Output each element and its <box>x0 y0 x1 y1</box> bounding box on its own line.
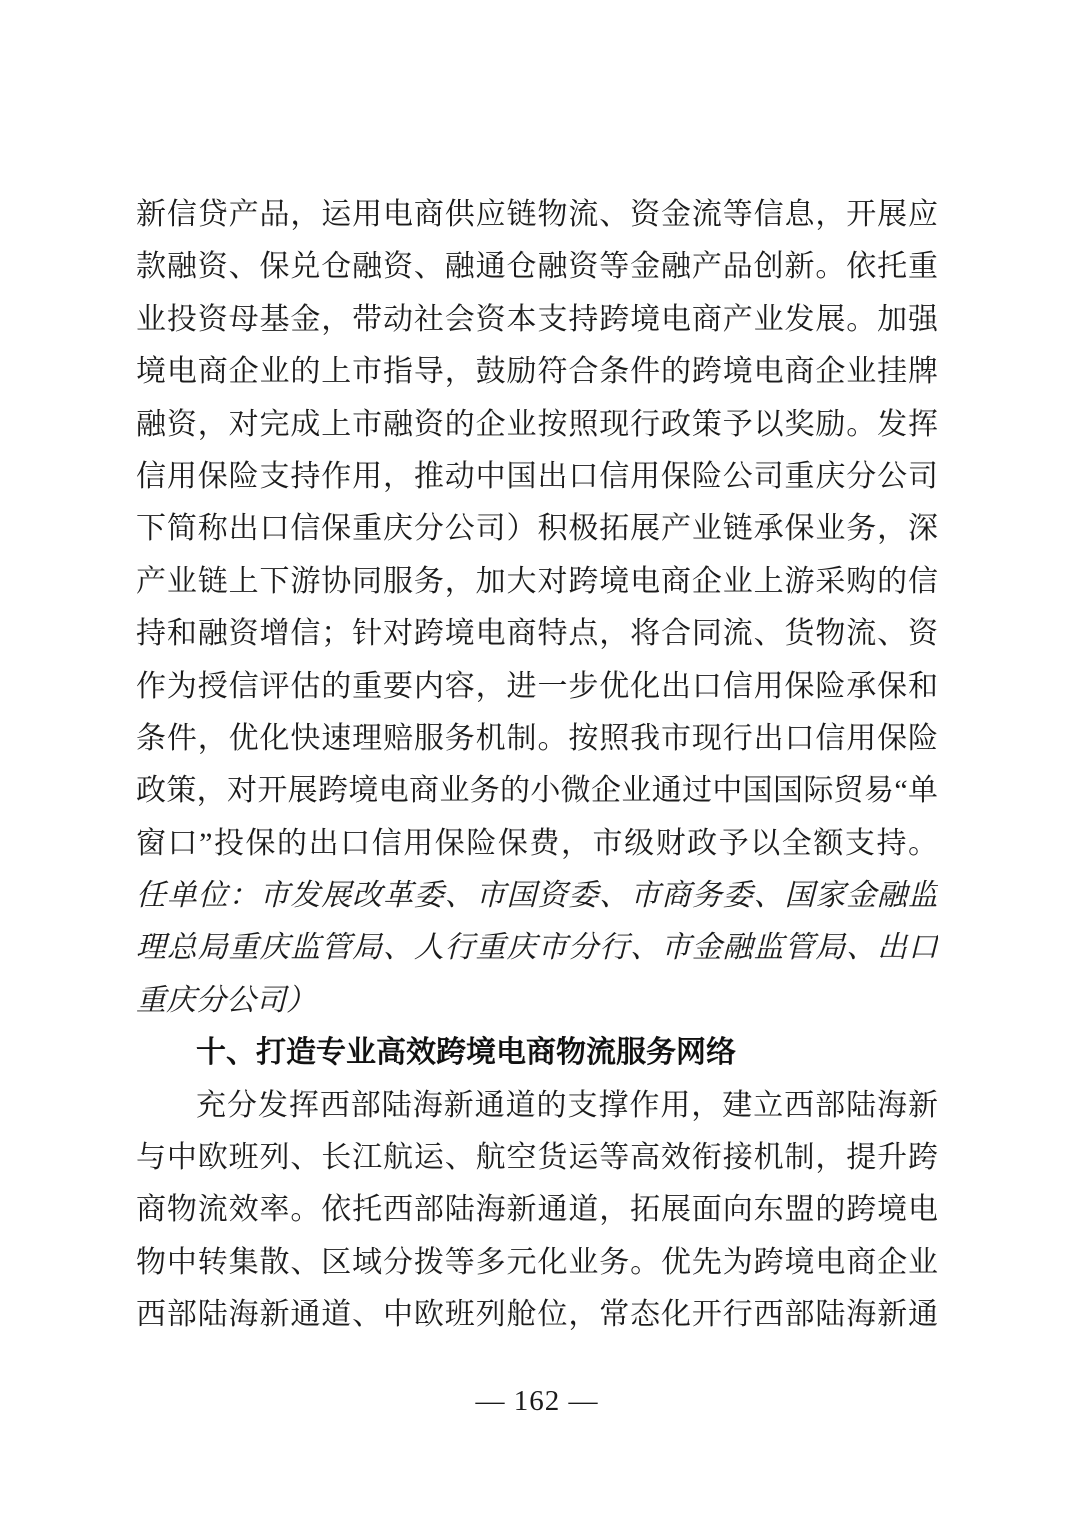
body-line: 产业链上下游协同服务，加大对跨境电商企业上游采购的信用支 <box>136 556 938 608</box>
body-line: 与中欧班列、长江航运、航空货运等高效衔接机制，提升跨境电 <box>136 1132 938 1184</box>
body-line: 融资，对完成上市融资的企业按照现行政策予以奖励。发挥出口 <box>136 399 938 451</box>
body-line: 款融资、保兑仓融资、融通仓融资等金融产品创新。依托重庆产 <box>136 241 938 293</box>
body-line: 境电商企业的上市指导，鼓励符合条件的跨境电商企业挂牌上市 <box>136 346 938 398</box>
body-line: 商物流效率。依托西部陆海新通道，拓展面向东盟的跨境电商货 <box>136 1184 938 1236</box>
page-number: — 162 — <box>0 1385 1074 1418</box>
body-line: 持和融资增信；针对跨境电商特点，将合同流、货物流、资金流 <box>136 608 938 660</box>
body-line: 条件，优化快速理赔服务机制。按照我市现行出口信用保险支持 <box>136 713 938 765</box>
responsibility-note-line: 理总局重庆监管局、人行重庆市分行、市金融监管局、出口信保 <box>136 922 938 974</box>
body-line: 下简称出口信保重庆分公司）积极拓展产业链承保业务，深化对 <box>136 503 938 555</box>
body-line-mixed: 窗口”投保的出口信用保险保费，市级财政予以全额支持。（责 <box>136 818 938 870</box>
body-line: 新信贷产品，运用电商供应链物流、资金流等信息，开展应收账 <box>136 189 938 241</box>
responsibility-note-line: 重庆分公司） <box>136 975 938 1027</box>
body-line: 信用保险支持作用，推动中国出口信用保险公司重庆分公司（以 <box>136 451 938 503</box>
body-line: 政策，对开展跨境电商业务的小微企业通过中国国际贸易“单一 <box>136 765 938 817</box>
body-line: 作为授信评估的重要内容，进一步优化出口信用保险承保和理赔 <box>136 661 938 713</box>
body-line: 物中转集散、区域分拨等多元化业务。优先为跨境电商企业协调 <box>136 1237 938 1289</box>
body-line: 西部陆海新通道、中欧班列舱位，常态化开行西部陆海新通道、 <box>136 1289 938 1341</box>
text-column: 新信贷产品，运用电商供应链物流、资金流等信息，开展应收账 款融资、保兑仓融资、融… <box>136 189 938 1342</box>
body-line: 业投资母基金，带动社会资本支持跨境电商产业发展。加强对跨 <box>136 294 938 346</box>
document-page: 新信贷产品，运用电商供应链物流、资金流等信息，开展应收账 款融资、保兑仓融资、融… <box>0 0 1074 1520</box>
section-heading: 十、打造专业高效跨境电商物流服务网络 <box>136 1027 938 1079</box>
body-line: 充分发挥西部陆海新通道的支撑作用，建立西部陆海新通道 <box>136 1080 938 1132</box>
body-text: 窗口”投保的出口信用保险保费，市级财政予以全额支持。 <box>136 827 938 860</box>
responsibility-note-line: 任单位：市发展改革委、市国资委、市商务委、国家金融监督管 <box>136 870 938 922</box>
